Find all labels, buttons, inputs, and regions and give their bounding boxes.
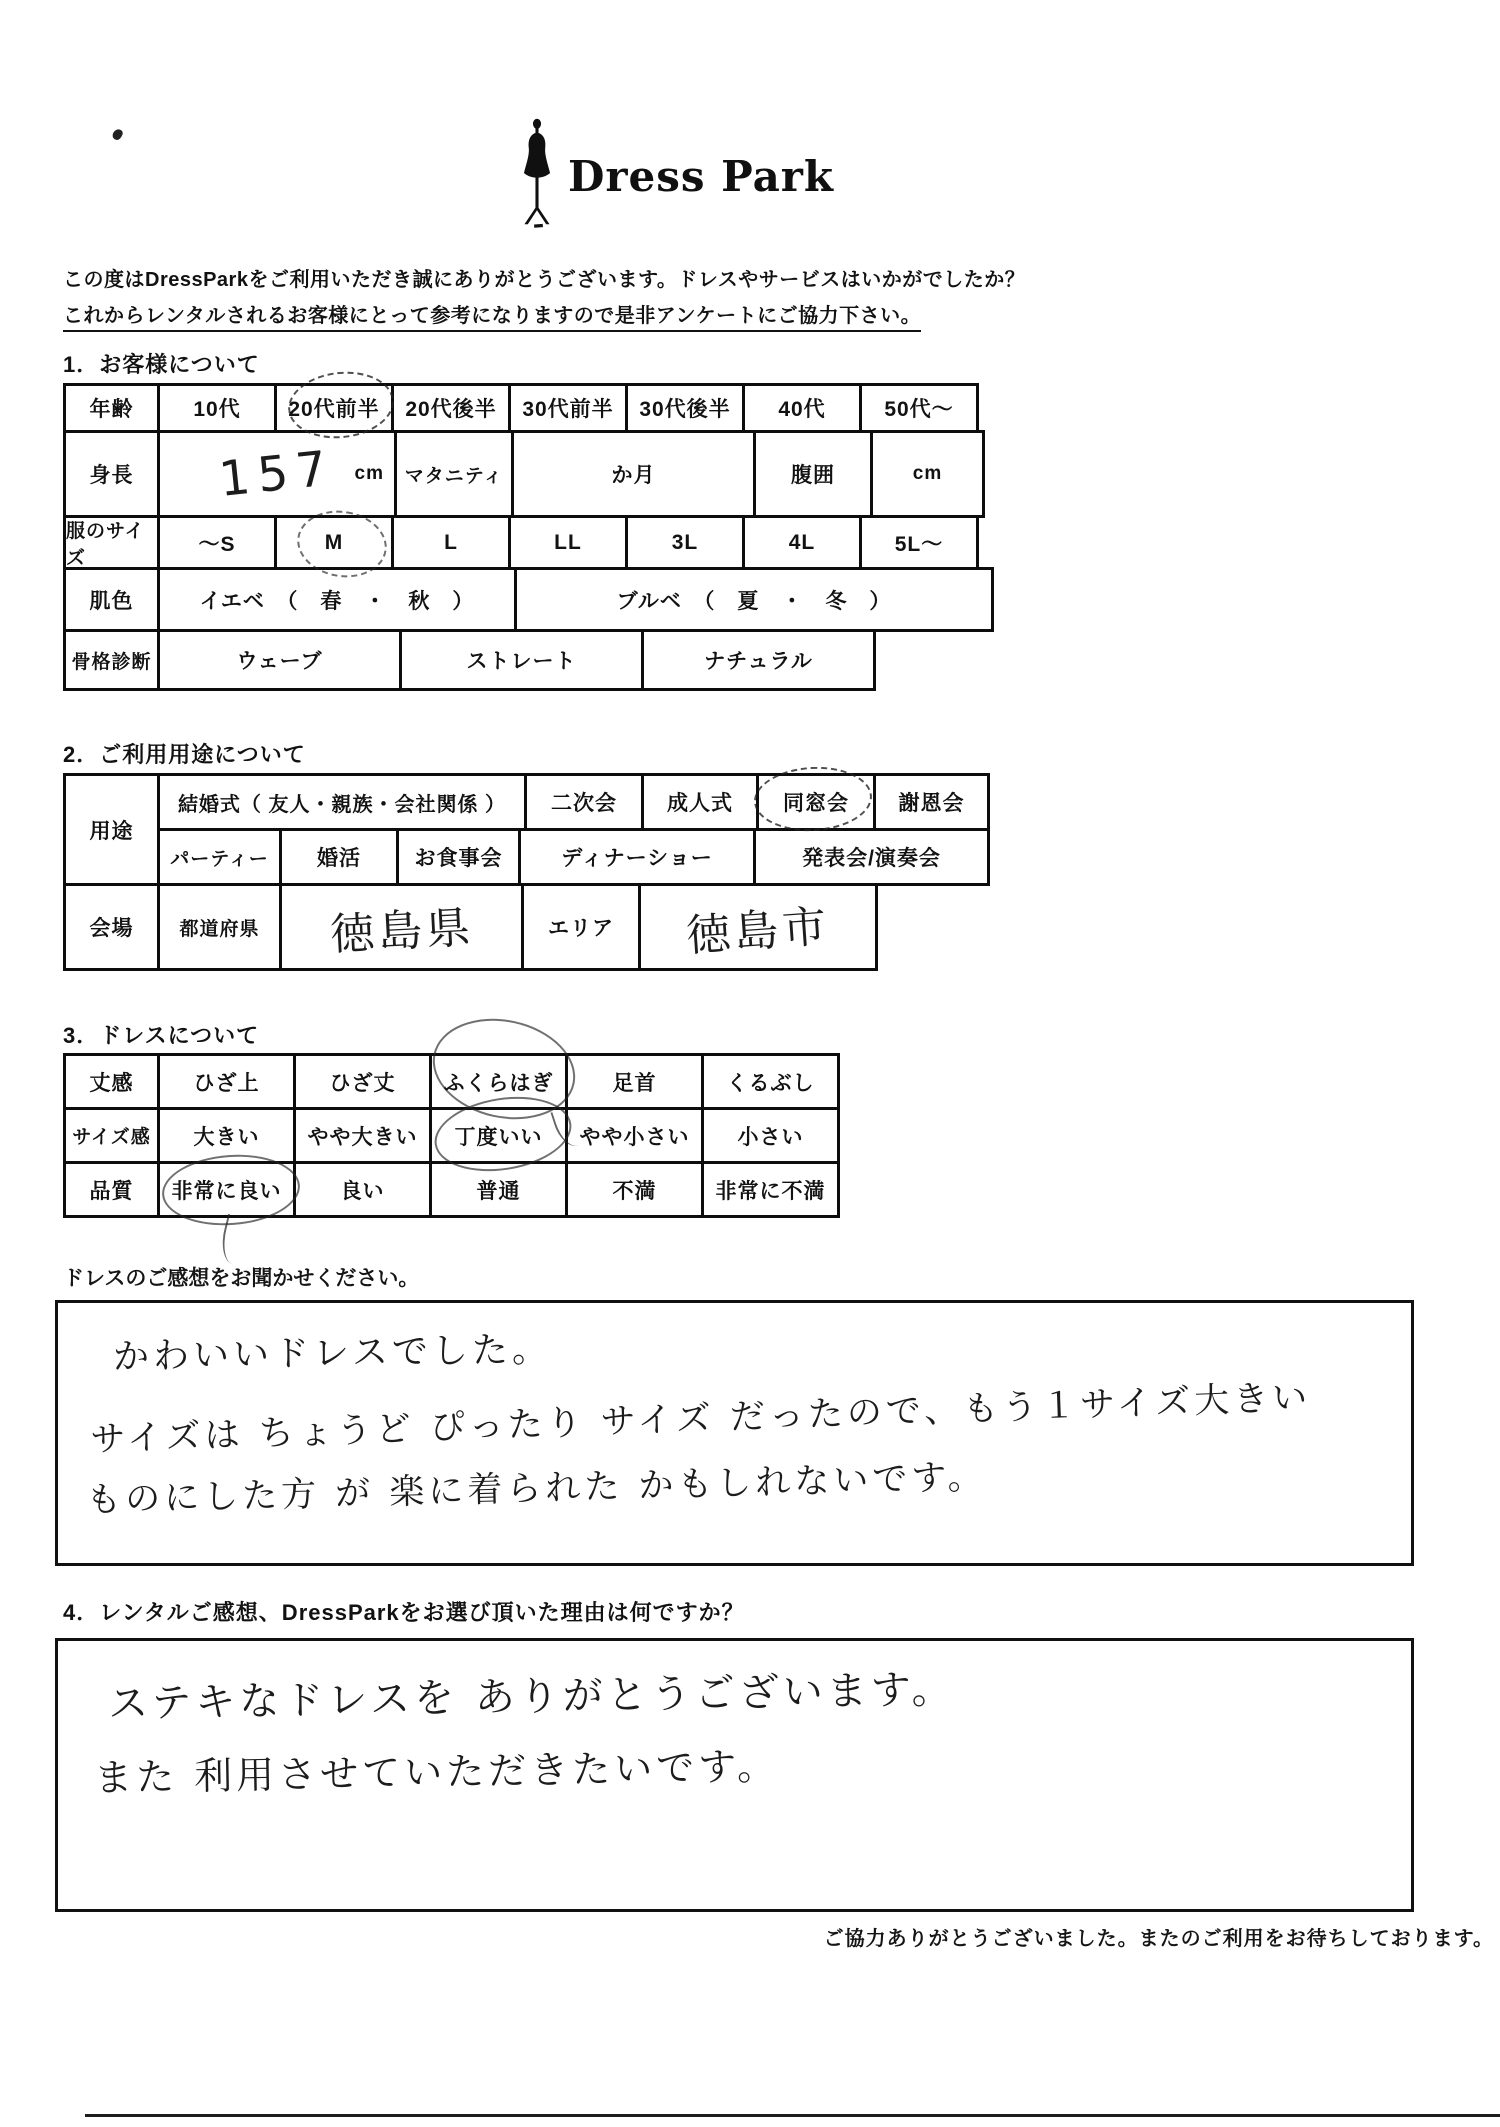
waist-unit: cm (870, 430, 985, 518)
length-anklebone: くるぶし (701, 1053, 840, 1110)
section4-heading: 4．レンタルご感想、DressParkをお選び頂いた理由は何ですか？ (63, 1596, 745, 1627)
size-option-5l: 5L～ (859, 515, 979, 570)
maternity-label: マタニティ (394, 430, 514, 518)
height-value-handwritten: 157 (217, 440, 338, 508)
size-option-4l: 4L (742, 515, 862, 570)
length-calf: ふくらはぎ (429, 1053, 568, 1110)
skin-label: 肌色 (63, 567, 160, 632)
age-option-early20s: 20代前半 (274, 383, 394, 433)
intro-line1: この度はDressParkをご利用いただき誠にありがとうございます。ドレスやサー… (63, 263, 1025, 292)
logo: Dress Park (0, 118, 1425, 235)
purpose-dinner-meeting: お食事会 (396, 828, 521, 886)
quality-unsatisfied: 不満 (565, 1161, 704, 1218)
size-option-ll: LL (508, 515, 628, 570)
frame-row: 骨格診断 ウェーブ ストレート ナチュラル (63, 629, 994, 691)
reason-comment-box: ステキなドレスを ありがとうございます。 また 利用させていただきたいです。 (55, 1638, 1414, 1912)
age-option-10s: 10代 (157, 383, 277, 433)
section1-heading: 1．お客様について (63, 348, 260, 379)
dress-comment-prompt: ドレスのご感想をお聞かせください。 (63, 1262, 419, 1292)
quality-row: 品質 非常に良い 良い 普通 不満 非常に不満 (63, 1161, 840, 1218)
height-unit: cm (355, 463, 384, 485)
length-knee: ひざ丈 (293, 1053, 432, 1110)
purpose-party: パーティー (157, 828, 282, 886)
venue-label: 会場 (63, 883, 160, 971)
scan-edge-line (85, 2114, 1500, 2117)
length-label: 丈感 (63, 1053, 160, 1110)
frame-label: 骨格診断 (63, 629, 160, 691)
frame-option-straight: ストレート (399, 629, 644, 691)
circle-tail-quality (217, 1214, 252, 1266)
fit-small: 小さい (701, 1107, 840, 1164)
length-ankle: 足首 (565, 1053, 704, 1110)
age-option-40s: 40代 (742, 383, 862, 433)
section2-heading: 2．ご利用用途について (63, 738, 306, 769)
purpose-row1: 結婚式（ 友人・親族・会社関係 ） 二次会 成人式 同窓会 謝恩会 (160, 773, 990, 831)
skin-option-yellow-base: イエベ （ 春 ・ 秋 ） (157, 567, 517, 632)
quality-very-unsatisfied: 非常に不満 (701, 1161, 840, 1218)
age-row: 年齢 10代 20代前半 20代後半 30代前半 30代後半 40代 50代～ (63, 383, 994, 433)
purpose-afterparty: 二次会 (524, 773, 644, 831)
length-above-knee: ひざ上 (157, 1053, 296, 1110)
fit-just-right: 丁度いい (429, 1107, 568, 1164)
venue-row: 会場 都道府県 徳島県 エリア 徳島市 (63, 883, 990, 971)
age-option-early30s: 30代前半 (508, 383, 628, 433)
area-label: エリア (521, 883, 641, 971)
dress-form-icon (516, 118, 558, 235)
purpose-konkatsu: 婚活 (279, 828, 399, 886)
skin-row: 肌色 イエベ （ 春 ・ 秋 ） ブルベ （ 夏 ・ 冬 ） (63, 567, 994, 632)
purpose-reunion: 同窓会 (756, 773, 876, 831)
size-option-s: ～S (157, 515, 277, 570)
area-value-handwritten: 徳島市 (684, 890, 832, 964)
size-row: 服のサイズ ～S M L LL 3L 4L 5L～ (63, 515, 994, 570)
section3-heading: 3．ドレスについて (63, 1019, 259, 1050)
age-label: 年齢 (63, 383, 160, 433)
fit-slightly-large: やや大きい (293, 1107, 432, 1164)
dress-comment-box: かわいいドレスでした。 サイズは ちょうど ぴったり サイズ だったので、もう１… (55, 1300, 1414, 1566)
size-option-m: M (274, 515, 394, 570)
quality-very-good: 非常に良い (157, 1161, 296, 1218)
size-label: 服のサイズ (63, 515, 160, 570)
fit-row: サイズ感 大きい やや大きい 丁度いい やや小さい 小さい (63, 1107, 840, 1164)
brand-name: Dress Park (568, 152, 834, 201)
reason-comment-line1: ステキなドレスを ありがとうございます。 (108, 1658, 956, 1730)
dress-table: 丈感 ひざ上 ひざ丈 ふくらはぎ 足首 くるぶし サイズ感 大きい やや大きい … (63, 1053, 840, 1218)
purpose-recital: 発表会/演奏会 (753, 828, 990, 886)
frame-option-natural: ナチュラル (641, 629, 876, 691)
prefecture-value-cell: 徳島県 (279, 883, 524, 971)
age-option-late30s: 30代後半 (625, 383, 745, 433)
prefecture-value-handwritten: 徳島県 (328, 891, 475, 962)
fit-large: 大きい (157, 1107, 296, 1164)
months-cell: か月 (511, 430, 756, 518)
intro-line2: これからレンタルされるお客様にとって参考になりますので是非アンケートにご協力下さ… (63, 305, 921, 332)
height-label: 身長 (63, 430, 160, 518)
quality-normal: 普通 (429, 1161, 568, 1218)
purpose-wedding: 結婚式（ 友人・親族・会社関係 ） (157, 773, 527, 831)
size-option-3l: 3L (625, 515, 745, 570)
purpose-label: 用途 (63, 773, 160, 886)
customer-table: 年齢 10代 20代前半 20代後半 30代前半 30代後半 40代 50代～ … (63, 383, 994, 691)
footer-thanks: ご協力ありがとうございました。またのご利用をお待ちしております。 (824, 1922, 1494, 1951)
waist-label: 腹囲 (753, 430, 873, 518)
area-value-cell: 徳島市 (638, 883, 878, 971)
reason-comment-line2: また 利用させていただきたいです。 (94, 1735, 780, 1802)
dress-comment-line1: かわいいドレスでした。 (113, 1321, 553, 1380)
fit-slightly-small: やや小さい (565, 1107, 704, 1164)
purpose-coming-of-age: 成人式 (641, 773, 759, 831)
quality-label: 品質 (63, 1161, 160, 1218)
height-value-cell: 157 cm (157, 430, 397, 518)
height-row: 身長 157 cm マタニティ か月 腹囲 cm (63, 430, 994, 518)
fit-label: サイズ感 (63, 1107, 160, 1164)
dress-comment-line3: ものにした方 が 楽に着られた かもしれないです。 (85, 1449, 987, 1523)
age-option-late20s: 20代後半 (391, 383, 511, 433)
length-row: 丈感 ひざ上 ひざ丈 ふくらはぎ 足首 くるぶし (63, 1053, 840, 1110)
purpose-thanks-party: 謝恩会 (873, 773, 990, 831)
frame-option-wave: ウェーブ (157, 629, 402, 691)
prefecture-label: 都道府県 (157, 883, 282, 971)
age-option-50s: 50代～ (859, 383, 979, 433)
purpose-dinner-show: ディナーショー (518, 828, 756, 886)
purpose-row2: パーティー 婚活 お食事会 ディナーショー 発表会/演奏会 (160, 828, 990, 886)
size-option-l: L (391, 515, 511, 570)
quality-good: 良い (293, 1161, 432, 1218)
skin-option-blue-base: ブルベ （ 夏 ・ 冬 ） (514, 567, 994, 632)
dress-comment-line2: サイズは ちょうど ぴったり サイズ だったので、もう１サイズ大きい (89, 1370, 1311, 1463)
usage-table: 用途 結婚式（ 友人・親族・会社関係 ） 二次会 成人式 同窓会 謝恩会 パーテ… (63, 773, 990, 971)
